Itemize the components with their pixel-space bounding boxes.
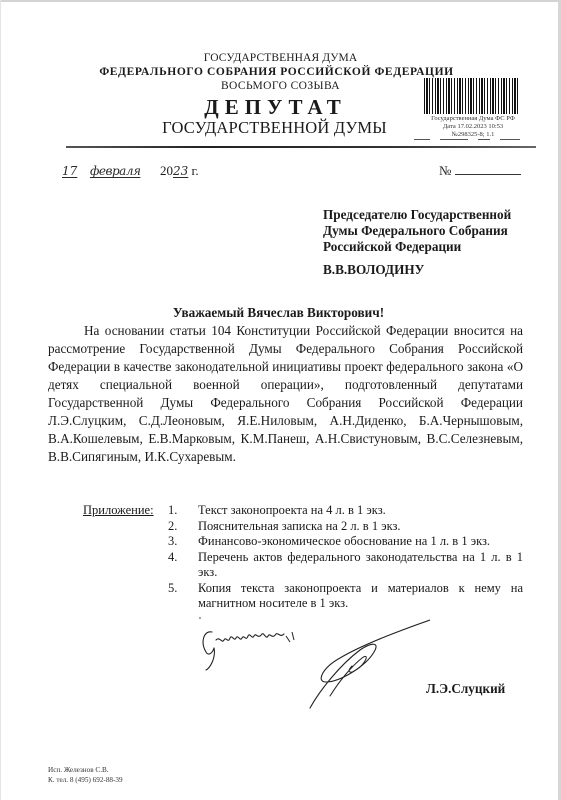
- appendix-list: 1.Текст законопроекта на 4 л. в 1 экз. 2…: [168, 503, 523, 612]
- stamp-underline: [440, 139, 468, 140]
- letter-body: На основании статьи 104 Конституции Росс…: [48, 322, 523, 466]
- stamp-underline: [500, 139, 520, 140]
- stamp-line-3: №298325-8; 1.1: [418, 131, 528, 139]
- letterhead-divider: [66, 146, 536, 148]
- date-year-prefix: 20: [160, 163, 173, 178]
- appendix-item-text: Текст законопроекта на 4 л. в 1 экз.: [198, 503, 386, 517]
- addressee-line-1: Председателю Государственной: [323, 207, 511, 223]
- appendix-item-text: Пояснительная записка на 2 л. в 1 экз.: [198, 519, 401, 533]
- appendix-item-number: 3.: [168, 534, 177, 550]
- addressee-name: В.В.ВОЛОДИНУ: [323, 262, 424, 278]
- stamp-line-1: Государственная Дума ФС РФ: [418, 115, 528, 123]
- appendix-item: 4.Перечень актов федерального законодате…: [168, 550, 523, 581]
- number-blank: [455, 163, 521, 175]
- appendix-label: Приложение:: [83, 503, 154, 519]
- appendix-item-text: Перечень актов федерального законодатель…: [198, 550, 523, 580]
- appendix-item: 3.Финансово-экономическое обоснование на…: [168, 534, 523, 550]
- appendix-item-number: 5.: [168, 581, 177, 597]
- appendix-item-number: 2.: [168, 519, 177, 535]
- appendix-item-text: Копия текста законопроекта и материалов …: [198, 581, 523, 611]
- date-suffix: г.: [192, 163, 199, 178]
- stamp-line-2: Дата 17.02.2023 10:53: [418, 123, 528, 131]
- appendix-item: 1.Текст законопроекта на 4 л. в 1 экз.: [168, 503, 523, 519]
- letter-date: 17февраля2023 г.: [62, 163, 199, 179]
- number-label: №: [439, 163, 451, 178]
- signature-icon: [190, 610, 430, 710]
- greeting: Уважаемый Вячеслав Викторович!: [0, 305, 559, 321]
- addressee-line-3: Российской Федерации: [323, 239, 511, 255]
- appendix-item: 2.Пояснительная записка на 2 л. в 1 экз.: [168, 519, 523, 535]
- appendix-item: 5.Копия текста законопроекта и материало…: [168, 581, 523, 612]
- letterhead-line-1: ГОСУДАРСТВЕННАЯ ДУМА: [0, 52, 561, 64]
- date-year-suffix: 23: [173, 164, 188, 178]
- addressee-block: Председателю Государственной Думы Федера…: [323, 207, 511, 255]
- appendix-item-number: 4.: [168, 550, 177, 566]
- executor-phone: К. тел. 8 (495) 692-88-39: [48, 775, 123, 785]
- footer-executor: Исп. Железнов С.В. К. тел. 8 (495) 692-8…: [48, 765, 123, 785]
- stamp-underline: [478, 139, 490, 140]
- signatory-name: Л.Э.Слуцкий: [426, 681, 505, 697]
- page-border-top: [0, 0, 561, 2]
- outgoing-number: №: [439, 163, 521, 179]
- executor-name: Исп. Железнов С.В.: [48, 765, 123, 775]
- appendix-item-text: Финансово-экономическое обоснование на 1…: [198, 534, 490, 548]
- date-month: февраля: [90, 164, 160, 178]
- barcode-icon: [424, 78, 520, 114]
- letterhead-line-2: ФЕДЕРАЛЬНОГО СОБРАНИЯ РОССИЙСКОЙ ФЕДЕРАЦ…: [0, 66, 557, 78]
- stamp-underline: [414, 139, 430, 140]
- appendix-item-number: 1.: [168, 503, 177, 519]
- addressee-line-2: Думы Федерального Собрания: [323, 223, 511, 239]
- registration-stamp: Государственная Дума ФС РФ Дата 17.02.20…: [418, 115, 528, 139]
- date-day: 17: [62, 164, 90, 178]
